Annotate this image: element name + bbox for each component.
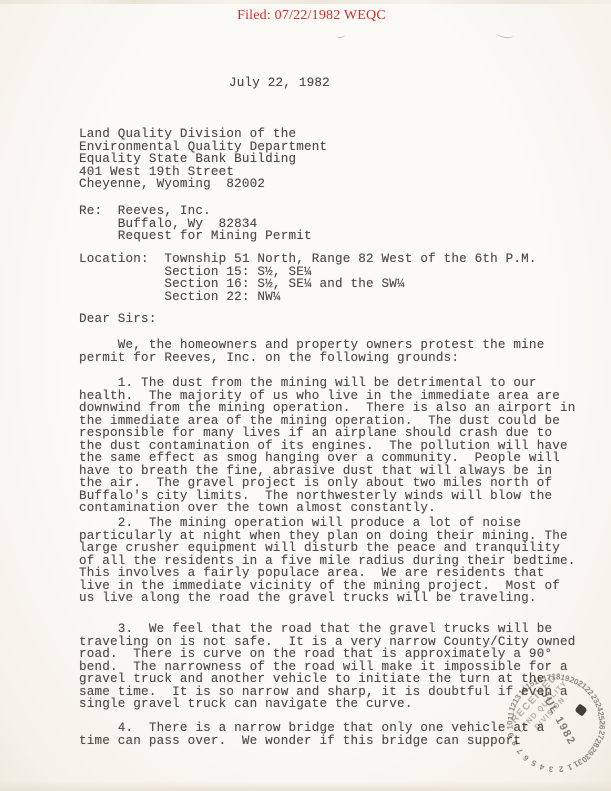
stamp-day-6: 6 [521,753,530,763]
location-block: Location: Township 51 North, Range 82 We… [79,253,537,303]
recipient-address-block: Land Quality Division of the Environment… [79,128,327,191]
stamp-day-9: 9 [507,731,517,738]
letter-date: July 22, 1982 [229,77,330,90]
received-date-stamp: 1234567891011121314151617181920212223242… [496,663,611,783]
stamp-day-5: 5 [530,758,538,768]
scanned-letter-page: Filed: 07/22/1982 WEQC July 22, 1982 Lan… [0,0,611,791]
salutation: Dear Sirs: [79,313,157,326]
stamp-day-8: 8 [510,739,520,747]
paragraph-4-bridge: 4. There is a narrow bridge that only on… [79,722,544,747]
paragraph-intro: We, the homeowners and property owners p… [79,339,544,364]
stamp-day-26: 26 [597,721,606,730]
re-subject-block: Re: Reeves, Inc. Buffalo, Wy 82834 Reque… [79,205,312,243]
stamp-day-4: 4 [539,762,546,772]
scan-artifact-mark [336,32,346,39]
scan-artifact-mark [497,29,515,39]
stamp-day-7: 7 [515,747,525,756]
paragraph-1-dust: 1. The dust from the mining will be detr… [79,377,575,515]
filed-header-text: Filed: 07/22/1982 WEQC [0,8,611,24]
paragraph-2-noise: 2. The mining operation will produce a l… [79,517,575,605]
stamp-day-3: 3 [549,764,554,773]
stamp-day-2: 2 [558,764,563,773]
scan-edge-top [0,0,611,4]
